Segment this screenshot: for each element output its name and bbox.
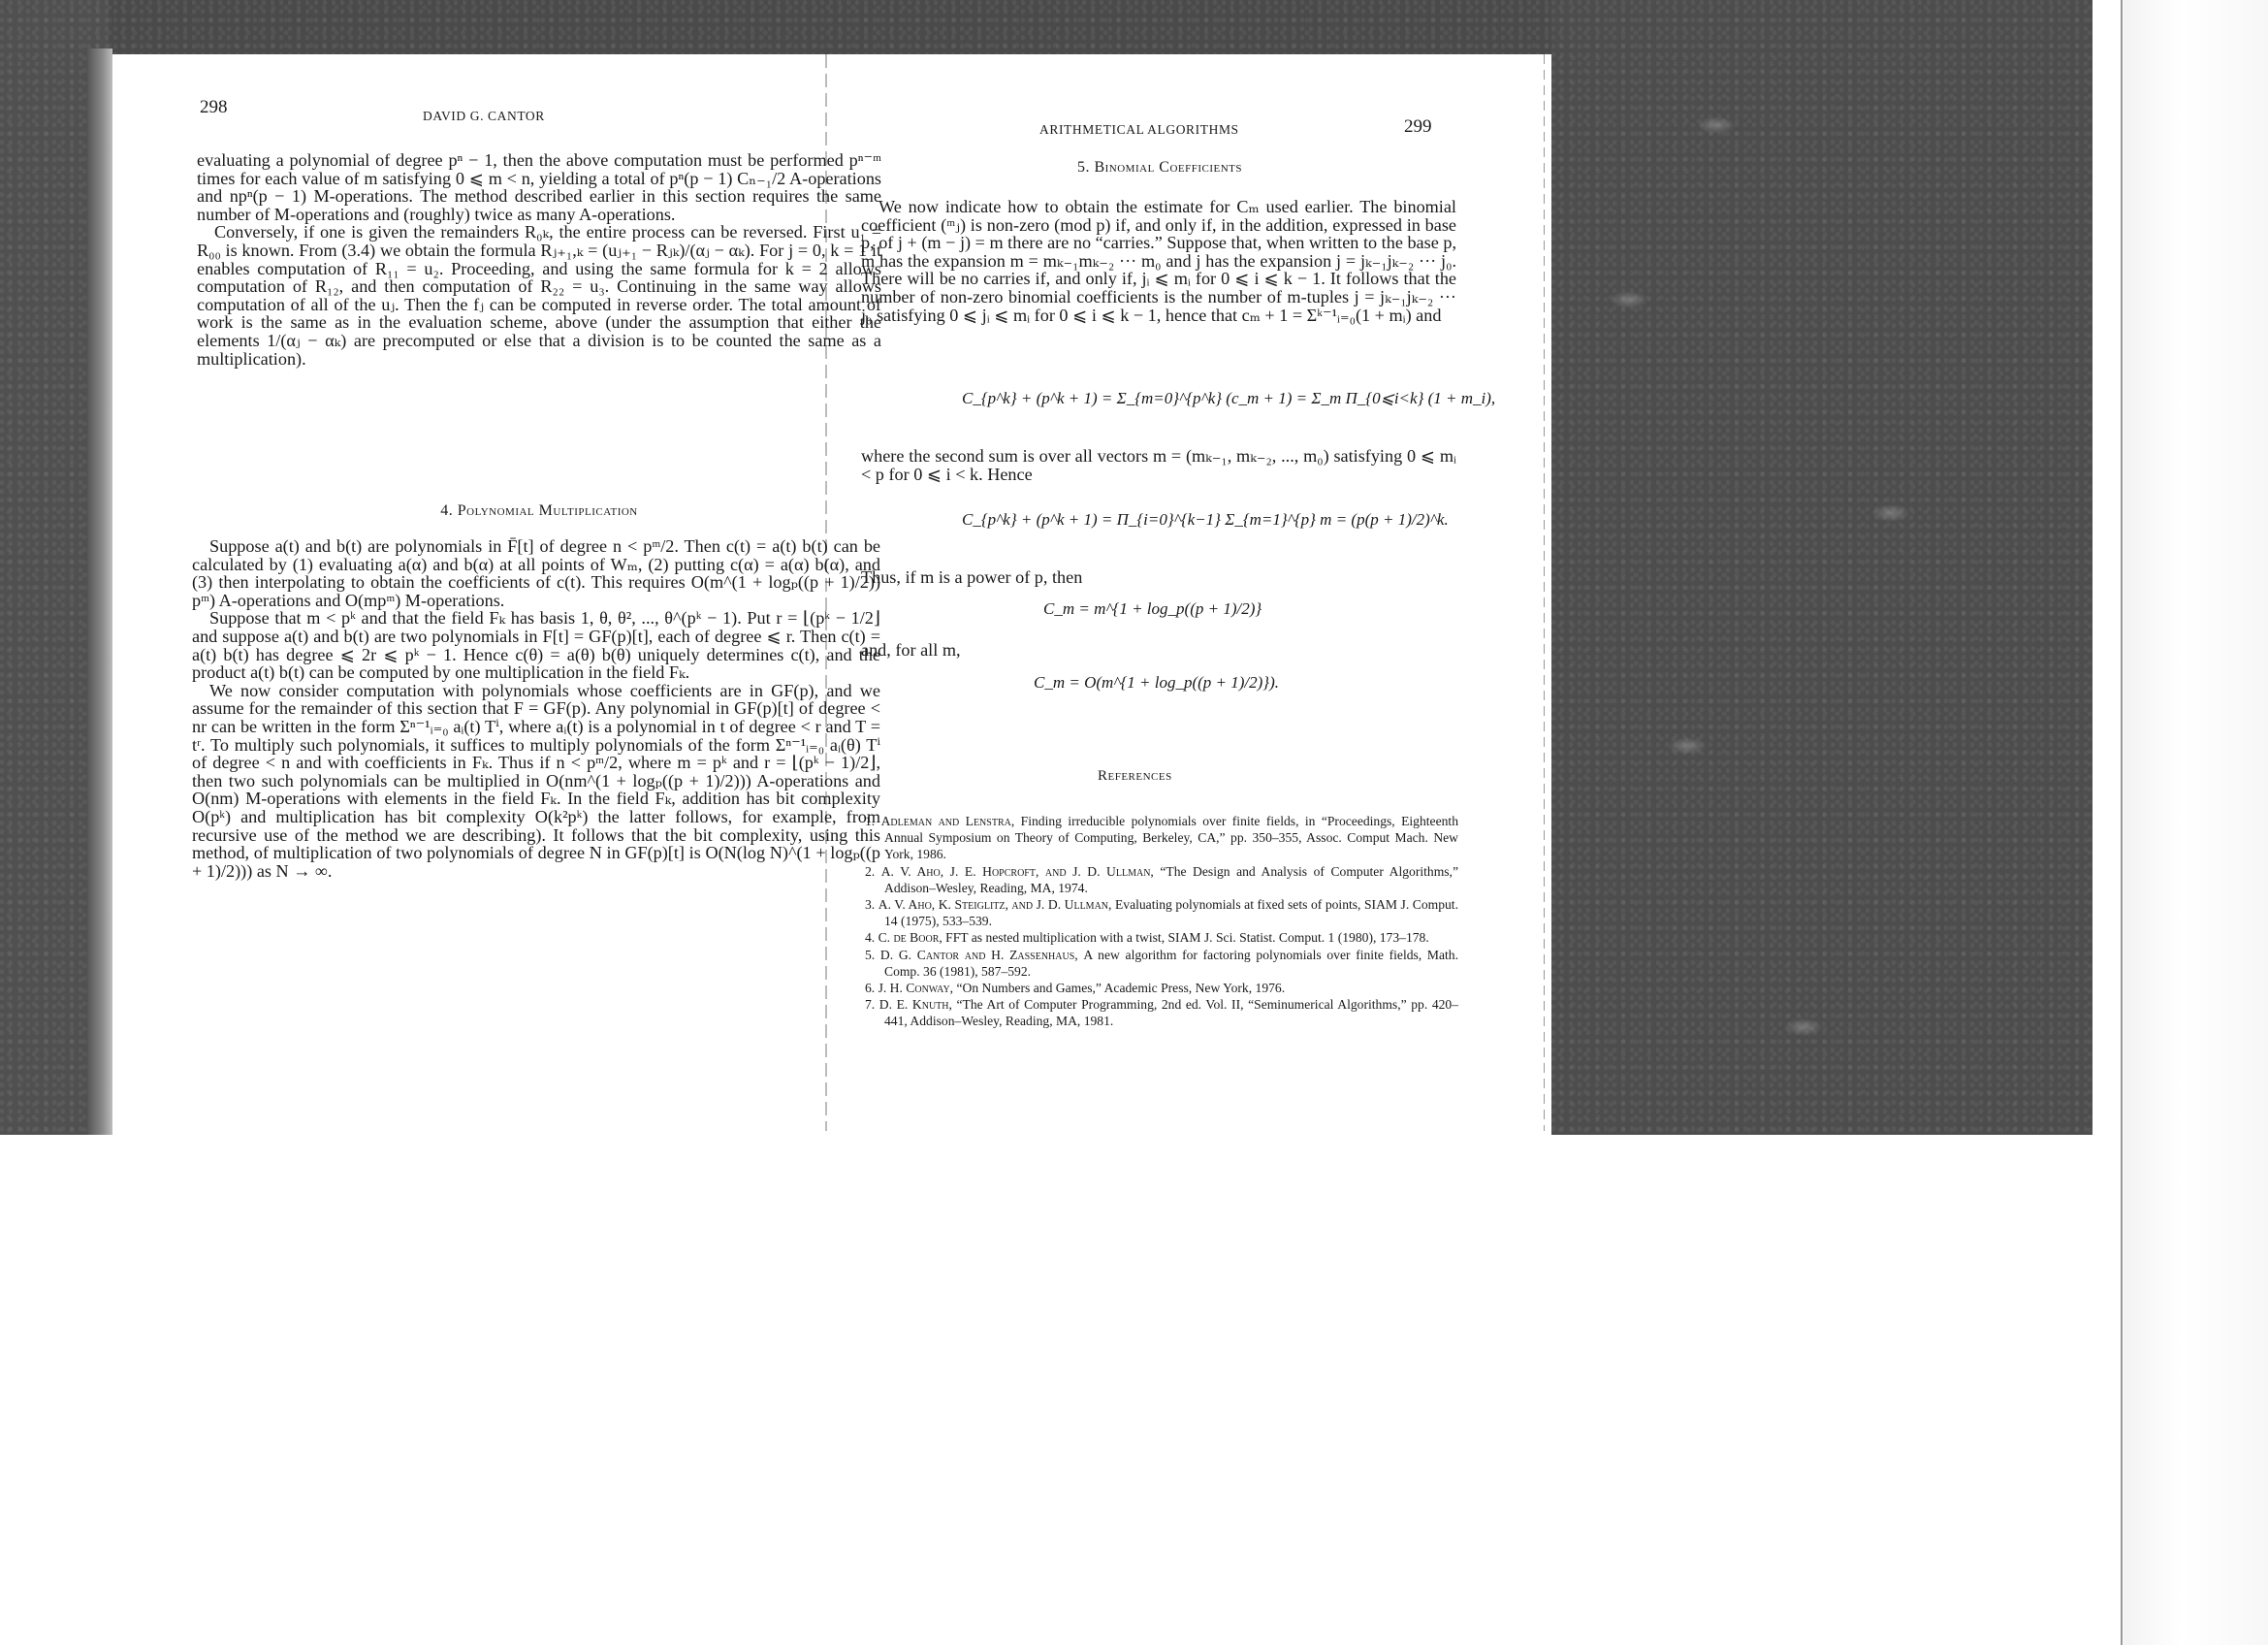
reference-authors: A. V. Aho, K. Steiglitz, and J. D. Ullma… xyxy=(878,897,1115,912)
paragraph: and, for all m, xyxy=(861,641,1456,660)
page-number: 299 xyxy=(1404,116,1432,138)
left-page: 298 DAVID G. CANTOR evaluating a polynom… xyxy=(114,54,805,1131)
references-list: 1. Adleman and Lenstra, Finding irreduci… xyxy=(865,813,1458,1030)
paragraph: Suppose a(t) and b(t) are polynomials in… xyxy=(192,537,880,609)
body-text-block: Suppose a(t) and b(t) are polynomials in… xyxy=(192,537,880,880)
scan-noise-spot xyxy=(1784,1018,1823,1036)
scanner-edge-line xyxy=(2121,0,2123,1645)
reference-item: 3. A. V. Aho, K. Steiglitz, and J. D. Ul… xyxy=(865,896,1458,929)
paragraph-text: where the second sum is over all vectors… xyxy=(861,447,1456,483)
reference-authors: C. de Boor, xyxy=(878,930,946,945)
paragraph: Suppose that m < pᵏ and that the field F… xyxy=(192,609,880,681)
reference-number: 7. xyxy=(865,997,879,1012)
scan-noise-spot xyxy=(1610,291,1648,308)
reference-authors: A. V. Aho, J. E. Hopcroft, and J. D. Ull… xyxy=(881,864,1161,879)
reference-item: 2. A. V. Aho, J. E. Hopcroft, and J. D. … xyxy=(865,863,1458,896)
running-head: DAVID G. CANTOR xyxy=(423,109,545,124)
scan-noise-spot xyxy=(1871,504,1910,522)
running-head: ARITHMETICAL ALGORITHMS xyxy=(1039,122,1239,138)
page-edge xyxy=(1544,54,1545,1131)
reference-authors: J. H. Conway, xyxy=(878,981,957,995)
paragraph: Conversely, if one is given the remainde… xyxy=(197,223,881,368)
reference-item: 6. J. H. Conway, “On Numbers and Games,”… xyxy=(865,980,1458,996)
scan-background-right xyxy=(1551,0,2092,1135)
scan-noise-spot xyxy=(1697,116,1736,134)
paragraph-text: Thus, if m is a power of p, then xyxy=(861,568,1456,587)
references-heading: References xyxy=(1098,768,1172,785)
paragraph-text: and, for all m, xyxy=(861,641,1456,660)
reference-authors: D. G. Cantor and H. Zassenhaus, xyxy=(880,948,1084,962)
book-spine-shadow xyxy=(87,48,112,1135)
section-heading: 4. Polynomial Multiplication xyxy=(197,502,881,520)
reference-item: 5. D. G. Cantor and H. Zassenhaus, A new… xyxy=(865,947,1458,980)
equation: C_m = O(m^{1 + log_p((p + 1)/2)}). xyxy=(1034,673,1279,693)
equation: C_m = m^{1 + log_p((p + 1)/2)} xyxy=(1043,599,1262,619)
reference-number: 4. xyxy=(865,930,878,945)
section-title: Polynomial Multiplication xyxy=(458,502,638,519)
reference-authors: D. E. Knuth, xyxy=(879,997,957,1012)
reference-number: 6. xyxy=(865,981,878,995)
paragraph: We now indicate how to obtain the estima… xyxy=(861,198,1456,324)
reference-number: 3. xyxy=(865,897,878,912)
reference-text: “On Numbers and Games,” Academic Press, … xyxy=(956,981,1285,995)
body-text-block: evaluating a polynomial of degree pⁿ − 1… xyxy=(197,151,881,368)
paragraph: Thus, if m is a power of p, then xyxy=(861,568,1456,587)
page-number: 298 xyxy=(200,97,228,118)
paragraph-text: We now indicate how to obtain the estima… xyxy=(861,198,1456,324)
reference-number: 5. xyxy=(865,948,880,962)
reference-authors: Adleman and Lenstra, xyxy=(881,814,1021,828)
reference-number: 1. xyxy=(865,814,881,828)
section-number: 5. xyxy=(1077,159,1090,176)
paragraph: evaluating a polynomial of degree pⁿ − 1… xyxy=(197,151,881,223)
scan-noise-spot xyxy=(1668,737,1707,755)
equation: C_{p^k} + (p^k + 1) = Π_{i=0}^{k−1} Σ_{m… xyxy=(962,510,1449,530)
scanner-margin xyxy=(2124,0,2268,1645)
reference-item: 1. Adleman and Lenstra, Finding irreduci… xyxy=(865,813,1458,863)
reference-item: 7. D. E. Knuth, “The Art of Computer Pro… xyxy=(865,996,1458,1029)
paragraph: We now consider computation with polynom… xyxy=(192,682,880,881)
equation: C_{p^k} + (p^k + 1) = Σ_{m=0}^{p^k} (c_m… xyxy=(962,389,1495,408)
section-number: 4. xyxy=(440,502,453,519)
reference-item: 4. C. de Boor, FFT as nested multiplicat… xyxy=(865,929,1458,946)
paragraph: where the second sum is over all vectors… xyxy=(861,447,1456,483)
reference-text: FFT as nested multiplication with a twis… xyxy=(945,930,1429,945)
section-heading: 5. Binomial Coefficients xyxy=(859,159,1460,177)
section-title: Binomial Coefficients xyxy=(1094,159,1242,176)
reference-number: 2. xyxy=(865,864,881,879)
right-page: ARITHMETICAL ALGORITHMS 299 5. Binomial … xyxy=(830,54,1544,1131)
reference-text: “The Art of Computer Programming, 2nd ed… xyxy=(884,997,1458,1028)
